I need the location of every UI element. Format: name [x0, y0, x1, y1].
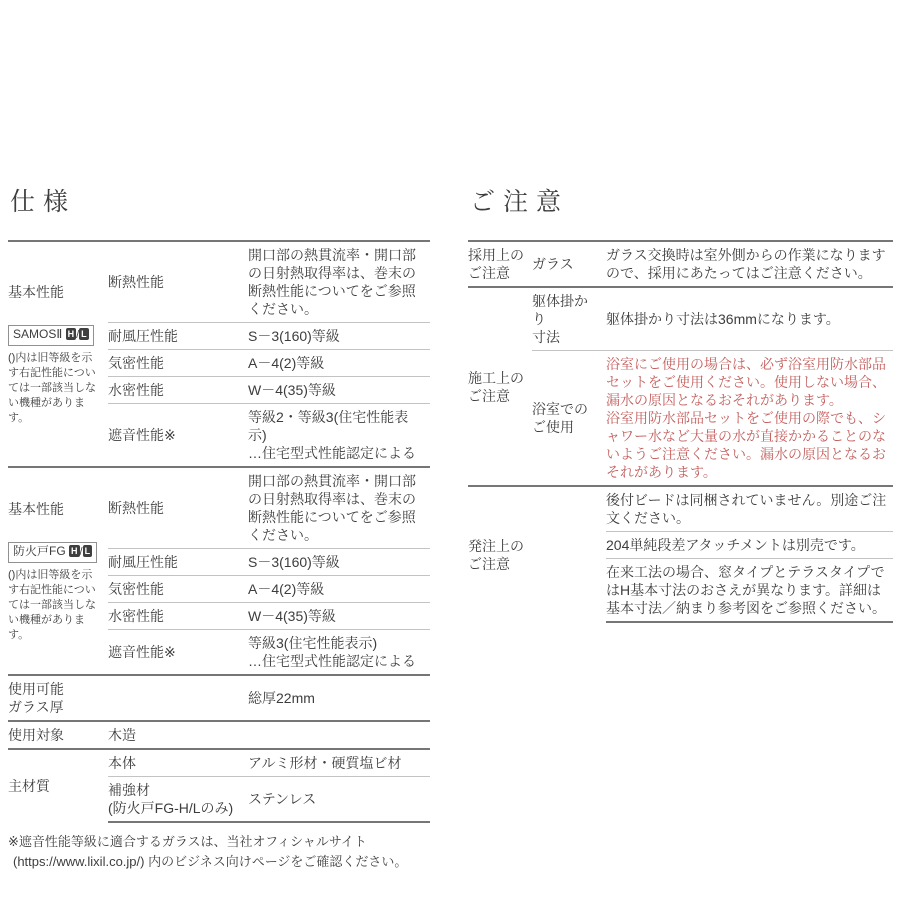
notice-row-name: 浴室での ご使用	[532, 351, 606, 487]
notice-row-name: ガラス	[532, 241, 606, 287]
product-badge-samos2: SAMOSⅡ H/L	[8, 325, 94, 346]
spec-group1-label: 基本性能	[8, 283, 102, 301]
notice-column: ご注意 採用上の ご注意 ガラス ガラス交換時は室外側からの作業になりますので、…	[468, 182, 893, 872]
glass-thickness-value: 総厚22mm	[248, 675, 430, 721]
material-row-value: アルミ形材・硬質塩ビ材	[248, 749, 430, 777]
badge-h-icon: H	[66, 328, 77, 340]
spec-sheet-page: 仕様 基本性能 SAMOSⅡ H/L ()内は旧等級を示す右記性能については一部…	[0, 0, 900, 900]
spec-group1-row-insulation: 基本性能 SAMOSⅡ H/L ()内は旧等級を示す右記性能については一部該当し…	[8, 241, 430, 323]
spec-row-name: 気密性能	[108, 576, 248, 603]
spec-row-value: 開口部の熱貫流率・開口部の日射熱取得率は、巻末の断熱性能についてをご参照ください…	[248, 241, 430, 323]
spec-row-value: 等級3(住宅性能表示) …住宅型式性能認定による	[248, 630, 430, 676]
notice-row-value-warning: 浴室にご使用の場合は、必ず浴室用防水部品セットをご使用ください。使用しない場合、…	[606, 351, 893, 487]
notice-row-value: 在来工法の場合、窓タイプとテラスタイプではH基本寸法のおさえが異なります。詳細は…	[606, 559, 893, 623]
spec-row-name: 断熱性能	[108, 467, 248, 549]
material-row-name: 補強材 (防火戸FG-H/Lのみ)	[108, 777, 248, 823]
notice-row-value: ガラス交換時は室外側からの作業になりますので、採用にあたってはご注意ください。	[606, 241, 893, 287]
spec-row-usage-target: 使用対象 木造	[8, 721, 430, 749]
spec-section-title: 仕様	[10, 182, 430, 218]
notice-ordering-row-bead: 発注上の ご注意 後付ビードは同梱されていません。別途ご注文ください。	[468, 486, 893, 532]
spec-row-name: 耐風圧性能	[108, 323, 248, 350]
badge-l-icon: L	[83, 545, 93, 557]
badge-h-icon: H	[69, 545, 80, 557]
spec-row-name: 気密性能	[108, 350, 248, 377]
badge-brand-text: 防火戸FG	[13, 544, 66, 558]
spec-row-value: A－4(2)等級	[248, 576, 430, 603]
material-row-value: ステンレス	[248, 777, 430, 823]
spec-row-value: W－4(35)等級	[248, 603, 430, 630]
product-badge-boukado-fg: 防火戸FG H/L	[8, 542, 97, 563]
spec-group1-header-cell: 基本性能 SAMOSⅡ H/L ()内は旧等級を示す右記性能については一部該当し…	[8, 241, 108, 467]
notice-construction-label: 施工上の ご注意	[468, 287, 532, 486]
notice-row-name: 躯体掛かり 寸法	[532, 287, 606, 351]
spec-table: 基本性能 SAMOSⅡ H/L ()内は旧等級を示す右記性能については一部該当し…	[8, 240, 430, 823]
notice-construction-row-frame: 施工上の ご注意 躯体掛かり 寸法 躯体掛かり寸法は36mmになります。	[468, 287, 893, 351]
spec-column: 仕様 基本性能 SAMOSⅡ H/L ()内は旧等級を示す右記性能については一部…	[8, 182, 430, 872]
notice-table: 採用上の ご注意 ガラス ガラス交換時は室外側からの作業になりますので、採用にあ…	[468, 240, 893, 623]
material-row-name: 本体	[108, 749, 248, 777]
notice-adoption-row-glass: 採用上の ご注意 ガラス ガラス交換時は室外側からの作業になりますので、採用にあ…	[468, 241, 893, 287]
notice-row-value: 204単純段差アタッチメントは別売です。	[606, 532, 893, 559]
empty-cell	[108, 675, 248, 721]
glass-thickness-label: 使用可能 ガラス厚	[8, 675, 108, 721]
notice-section-title: ご注意	[470, 182, 893, 218]
spec-row-value: S－3(160)等級	[248, 549, 430, 576]
spec-row-value: 開口部の熱貫流率・開口部の日射熱取得率は、巻末の断熱性能についてをご参照ください…	[248, 467, 430, 549]
spec-row-value: W－4(35)等級	[248, 377, 430, 404]
spec-row-name: 水密性能	[108, 603, 248, 630]
spec-group2-row-insulation: 基本性能 防火戸FG H/L ()内は旧等級を示す右記性能については一部該当しな…	[8, 467, 430, 549]
badge-brand-text: SAMOSⅡ	[13, 327, 62, 341]
spec-row-value: A－4(2)等級	[248, 350, 430, 377]
footnote-line2: (https://www.lixil.co.jp/) 内のビジネス向けページをご…	[8, 852, 430, 872]
footnote-line1: ※遮音性能等級に適合するガラスは、当社オフィシャルサイト	[8, 832, 430, 852]
material-group-label: 主材質	[8, 749, 108, 822]
spec-group1-note: ()内は旧等級を示す右記性能については一部該当しない機種があります。	[8, 351, 102, 426]
spec-row-name: 水密性能	[108, 377, 248, 404]
spec-row-name: 耐風圧性能	[108, 549, 248, 576]
spec-group2-note: ()内は旧等級を示す右記性能については一部該当しない機種があります。	[8, 568, 102, 643]
notice-ordering-label: 発注上の ご注意	[468, 486, 606, 622]
two-column-layout: 仕様 基本性能 SAMOSⅡ H/L ()内は旧等級を示す右記性能については一部…	[0, 0, 900, 872]
spec-row-value: S－3(160)等級	[248, 323, 430, 350]
usage-target-value: 木造	[108, 721, 430, 749]
notice-construction-row-bathroom: 浴室での ご使用 浴室にご使用の場合は、必ず浴室用防水部品セットをご使用ください…	[468, 351, 893, 487]
notice-adoption-label: 採用上の ご注意	[468, 241, 532, 287]
spec-row-glass-thickness: 使用可能 ガラス厚 総厚22mm	[8, 675, 430, 721]
soundproof-footnote: ※遮音性能等級に適合するガラスは、当社オフィシャルサイト (https://ww…	[8, 832, 430, 872]
spec-group2-label: 基本性能	[8, 500, 102, 518]
usage-target-label: 使用対象	[8, 721, 108, 749]
spec-material-row-body: 主材質 本体 アルミ形材・硬質塩ビ材	[8, 749, 430, 777]
badge-l-icon: L	[79, 328, 89, 340]
notice-row-value: 後付ビードは同梱されていません。別途ご注文ください。	[606, 486, 893, 532]
spec-group2-header-cell: 基本性能 防火戸FG H/L ()内は旧等級を示す右記性能については一部該当しな…	[8, 467, 108, 675]
spec-row-name: 断熱性能	[108, 241, 248, 323]
spec-row-name: 遮音性能※	[108, 404, 248, 468]
spec-row-name: 遮音性能※	[108, 630, 248, 676]
notice-row-value: 躯体掛かり寸法は36mmになります。	[606, 287, 893, 351]
spec-row-value: 等級2・等級3(住宅性能表示) …住宅型式性能認定による	[248, 404, 430, 468]
